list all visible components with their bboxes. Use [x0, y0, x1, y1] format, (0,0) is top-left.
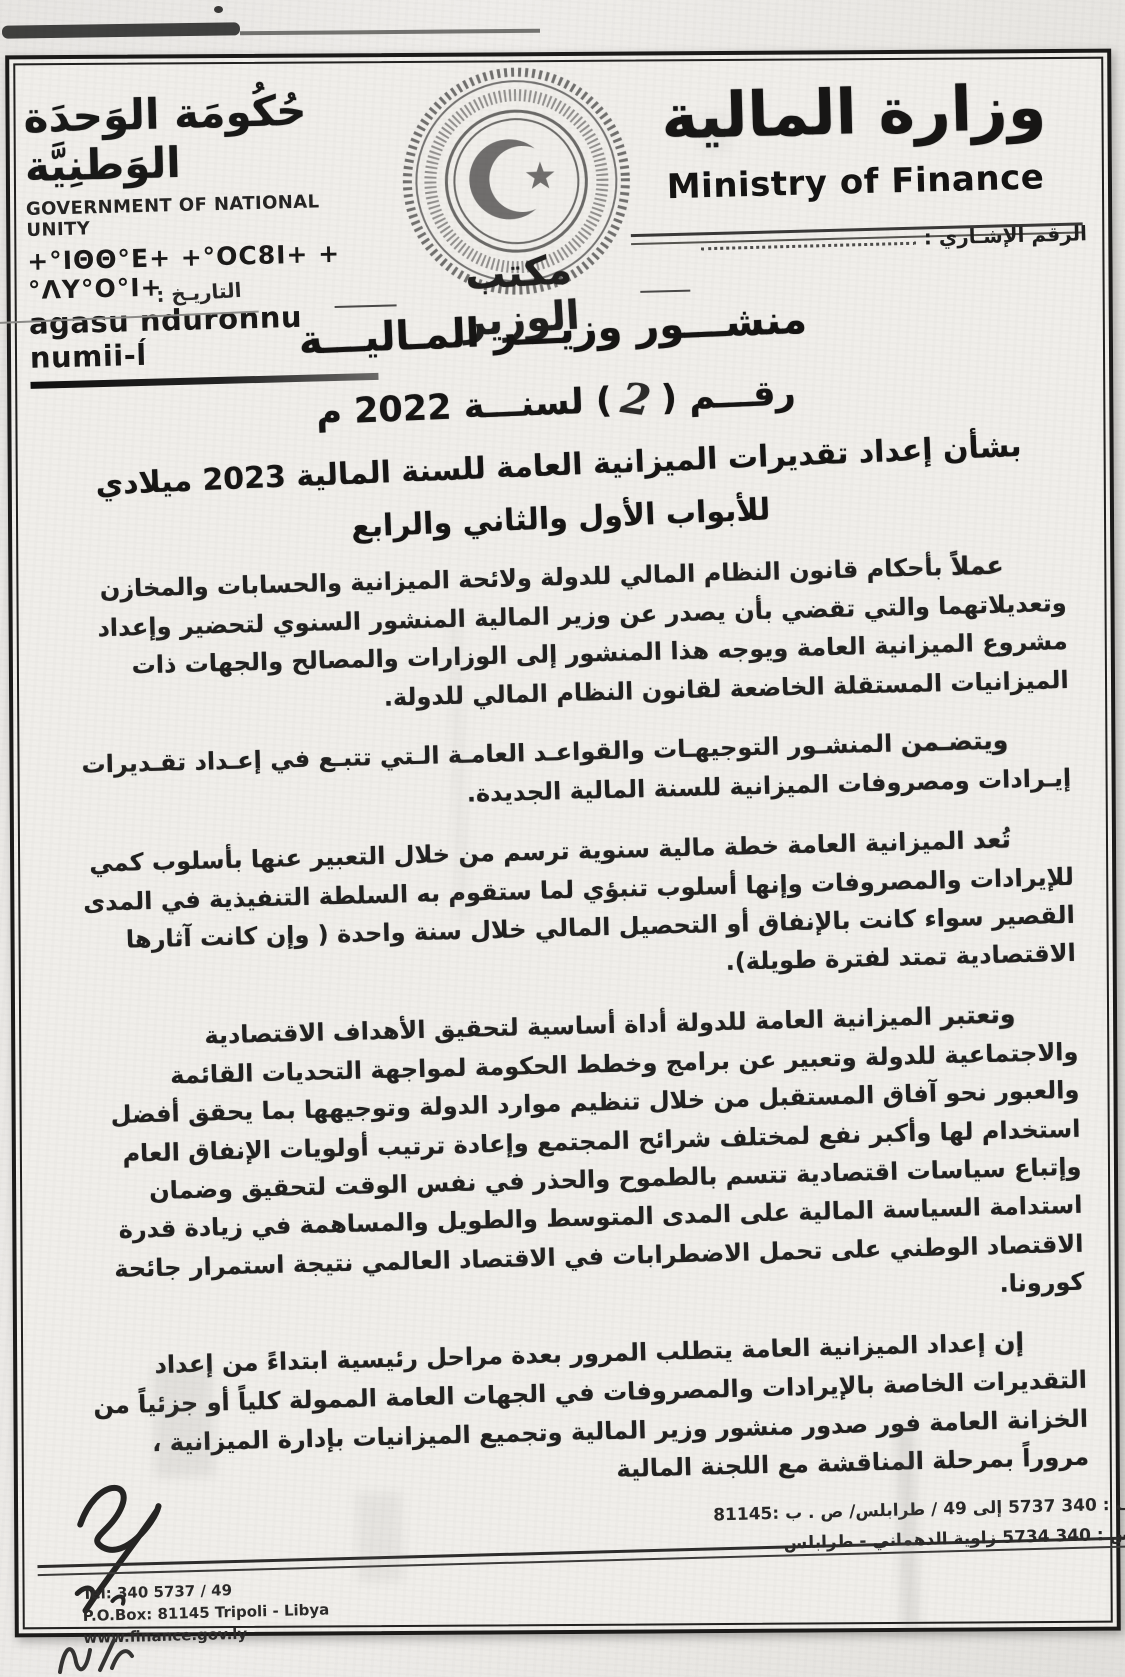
paragraph-text: إعداد الميزانية العامة يتطلب المرور بعدة…: [93, 1330, 1089, 1483]
handwritten-circular-number: 2: [618, 373, 653, 425]
document-content: حُكُومَة الوَحدَة الوَطنِيَّة GOVERNMENT…: [0, 43, 1125, 1645]
scan-edge-artifact: [2, 22, 240, 38]
scan-dot-artifact: [214, 6, 223, 13]
paragraph-lead: إن: [994, 1328, 1025, 1358]
paragraph-lead: تُعد: [972, 824, 1011, 854]
document-border-frame: حُكُومَة الوَحدَة الوَطنِيَّة GOVERNMENT…: [5, 49, 1121, 1638]
paragraph: وتعتبر الميزانية العامة للدولة أداة أساس…: [79, 992, 1085, 1327]
reference-number-label: الرقم الإشـاري :: [924, 221, 1088, 249]
circular-number-pre: رقـــم (: [660, 373, 796, 419]
government-name-arabic: حُكُومَة الوَحدَة الوَطنِيَّة: [23, 84, 387, 191]
ministry-name-arabic: وزارة المالية: [627, 69, 1081, 154]
handwritten-mark: [52, 1632, 142, 1676]
scanned-document-page: { "header": { "left": { "arabic_name": "…: [0, 0, 1125, 1677]
paragraph-lead: عملاً: [950, 551, 1004, 581]
ministry-name-english: Ministry of Finance: [629, 156, 1082, 208]
letterhead-ministry-block: وزارة المالية Ministry of Finance: [627, 69, 1083, 245]
reference-number-blank: [701, 229, 916, 251]
circular-number-post: ) لسنـــة 2022 م: [315, 381, 612, 433]
paragraph: عملاً بأحكام قانون النظام المالي للدولة …: [67, 544, 1069, 725]
footer-fax-arabic: فاكس : 340 5734 زاوية الدهماني - طرابلس: [714, 1524, 1125, 1556]
government-name-english: GOVERNMENT OF NATIONAL UNITY: [26, 190, 389, 241]
paragraph-lead: وتعتبر: [940, 999, 1016, 1030]
paragraph-text: الميزانية العامة خطة مالية سنوية ترسم من…: [83, 826, 1076, 976]
paragraph-text: الميزانية العامة للدولة أداة أساسية لتحق…: [110, 1002, 1084, 1298]
scan-edge-line-artifact: [240, 29, 540, 36]
paragraph: ويتضـمن المنشـور التوجيهـات والقواعـد ال…: [72, 719, 1072, 823]
paragraph: تُعد الميزانية العامة خطة مالية سنوية تر…: [75, 817, 1077, 998]
paragraph: إن إعداد الميزانية العامة يتطلب المرور ب…: [88, 1321, 1090, 1502]
footer-contact-arabic: هاتف : 340 5737 إلى 49 / طرابلس/ ص . ب :…: [713, 1494, 1125, 1566]
paragraph-lead: ويتضـمن: [900, 726, 1008, 758]
circular-title-block: منشـــور وزيـــر المـاليـــة رقـــم (2) …: [3, 284, 1110, 559]
circular-body: عملاً بأحكام قانون النظام المالي للدولة …: [67, 544, 1090, 1522]
paragraph-text: بأحكام قانون النظام المالي للدولة ولائحة…: [97, 553, 1069, 711]
office-label-dash-right: [640, 290, 690, 293]
